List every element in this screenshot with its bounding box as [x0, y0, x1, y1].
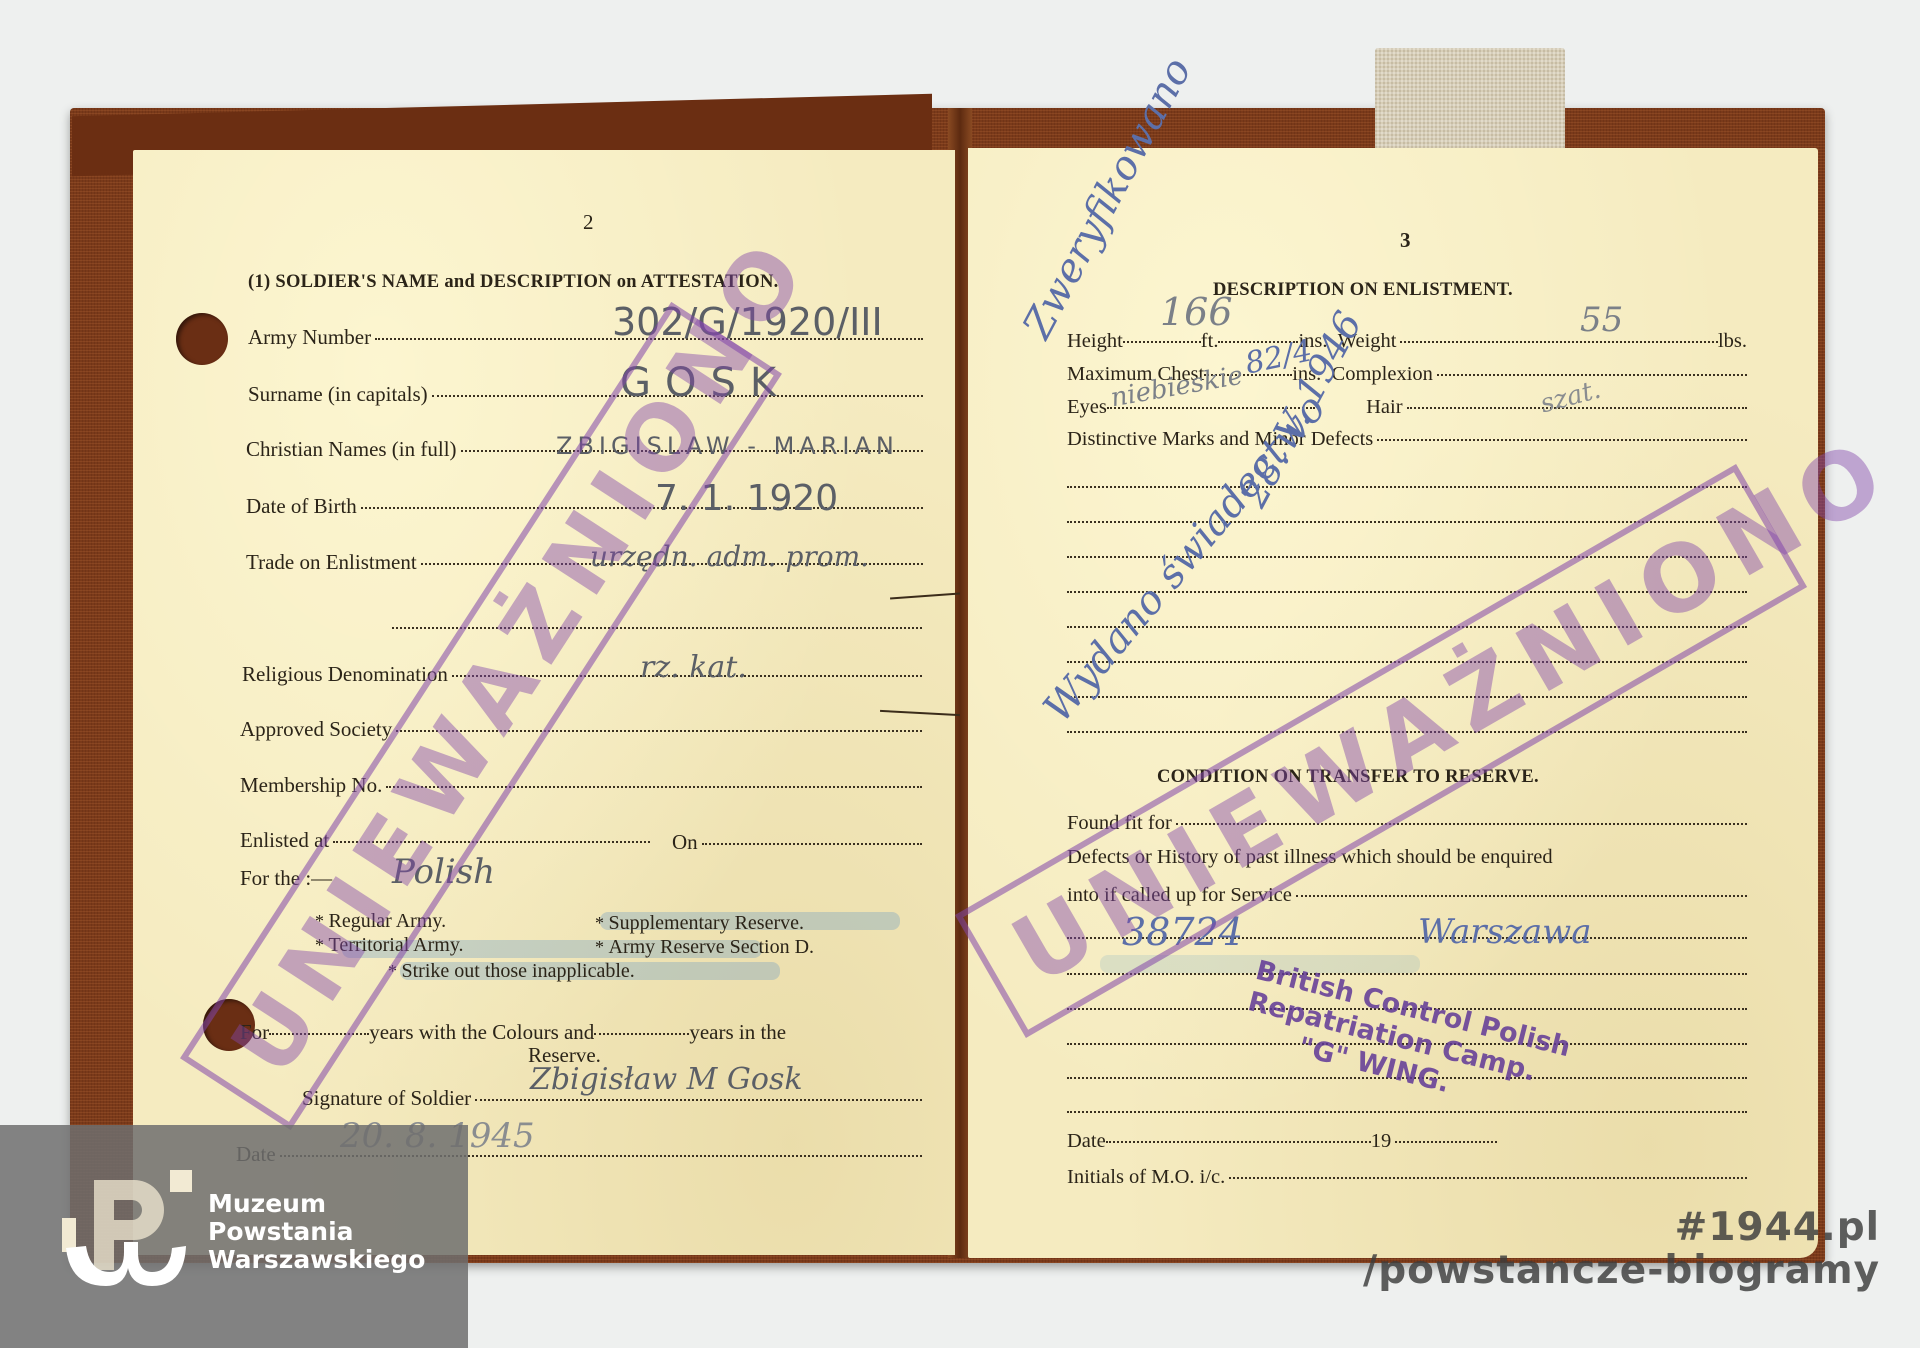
defects-place-value: Warszawa — [1418, 912, 1592, 952]
fabric-tab — [1375, 48, 1565, 158]
weight-value: 55 — [1580, 300, 1623, 340]
field-approved-society: Approved Society — [240, 717, 922, 742]
field-on: On — [672, 830, 922, 855]
enlistment-heading: DESCRIPTION ON ENLISTMENT. — [1213, 280, 1513, 301]
museum-logo-icon — [62, 1170, 192, 1290]
option-supplementary-reserve: * Supplementary Reserve. — [595, 912, 804, 935]
blank-line — [1067, 973, 1747, 975]
punch-hole — [176, 313, 228, 365]
field-membership: Membership No. — [240, 773, 922, 798]
field-initials: Initials of M.O. i/c. — [1067, 1166, 1747, 1189]
site-path: /powstancze-biogramy — [1363, 1249, 1880, 1292]
field-surname: Surname (in capitals) — [248, 382, 923, 407]
museum-name: Muzeum Powstania Warszawskiego — [208, 1190, 425, 1274]
field-date-right: Date 19 — [1067, 1130, 1497, 1153]
field-distinctive-marks: Distinctive Marks and Minor Defects — [1067, 428, 1747, 451]
site-branding: #1944.pl /powstancze-biogramy — [1363, 1206, 1880, 1292]
blank-line — [1067, 486, 1747, 488]
option-army-reserve-d: * Army Reserve Section D. — [595, 936, 814, 959]
religion-value: rz. kat. — [640, 650, 747, 685]
strike-note: * Strike out those inapplicable. — [388, 960, 635, 983]
blank-line — [1067, 1111, 1747, 1113]
page-number-right: 3 — [1400, 228, 1411, 253]
height-value: 166 — [1160, 290, 1233, 334]
site-hashtag: #1944.pl — [1363, 1206, 1880, 1249]
signature-value: Zbigisław M Gosk — [530, 1062, 803, 1097]
page-number-left: 2 — [583, 210, 594, 235]
